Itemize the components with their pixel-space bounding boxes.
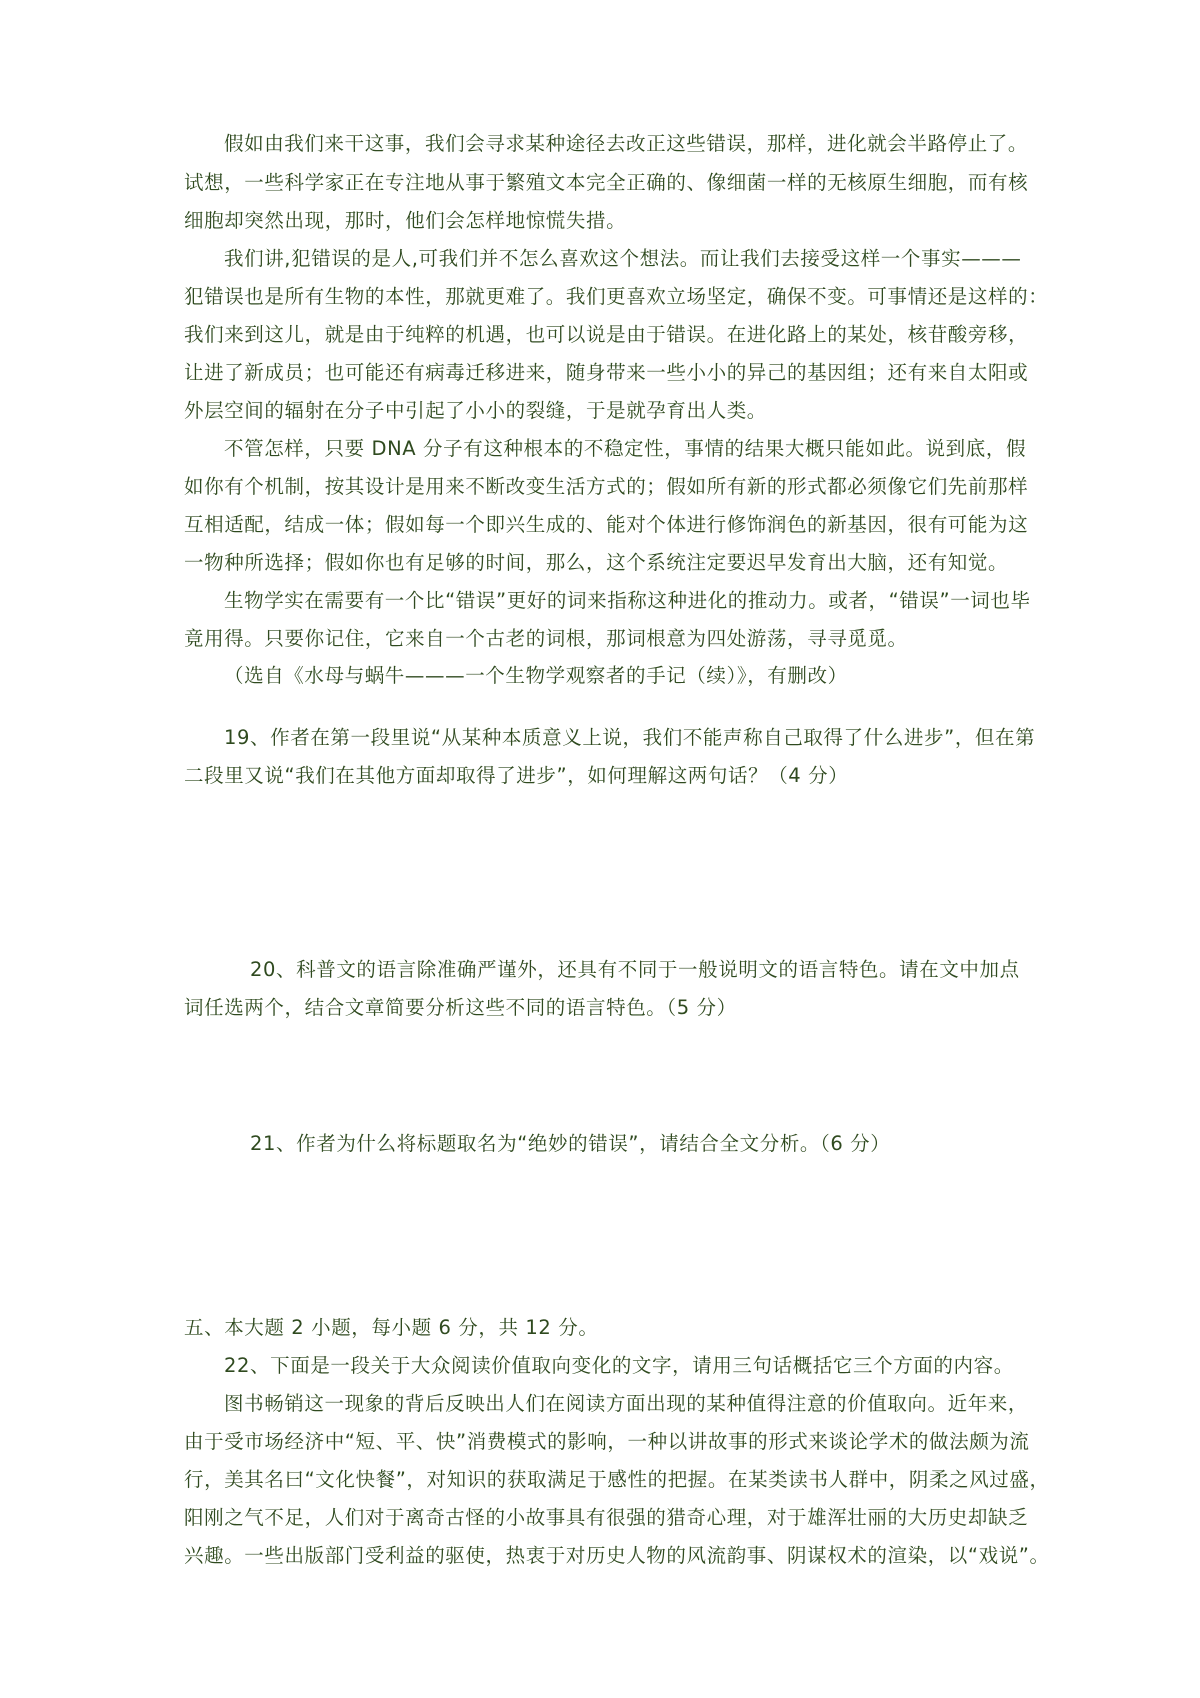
question-22: 22、下面是一段关于大众阅读价值取向变化的文字，请用三句话概括它三个方面的内容。	[184, 1350, 1014, 1382]
material-line: 行，美其名曰“文化快餐”，对知识的获取满足于感性的把握。在某类读书人群中，阴柔之…	[184, 1464, 1050, 1496]
question-text: 词任选两个，结合文章简要分析这些不同的语言特色。（5 分）	[184, 992, 737, 1024]
text-line: 不管怎样，只要 DNA 分子有这种根本的不稳定性，事情的结果大概只能如此。说到底…	[184, 433, 1026, 465]
text-line: 互相适配，结成一体；假如每一个即兴生成的、能对个体进行修饰润色的新基因，很有可能…	[184, 509, 1028, 541]
material-line: 阳刚之气不足，人们对于离奇古怪的小故事具有很强的猎奇心理，对于雄浑壮丽的大历史却…	[184, 1502, 1028, 1534]
question-text: 19、作者在第一段里说“从某种本质意义上说，我们不能声称自己取得了什么进步”，但…	[184, 722, 1035, 754]
text-line: 我们讲,犯错误的是人,可我们并不怎么喜欢这个想法。而让我们去接受这样一个事实——…	[184, 243, 1022, 275]
text-line: 如你有个机制，按其设计是用来不断改变生活方式的；假如所有新的形式都必须像它们先前…	[184, 471, 1028, 503]
text-line: 假如由我们来干这事，我们会寻求某种途径去改正这些错误，那样，进化就会半路停止了。	[184, 128, 1028, 160]
text-line: 外层空间的辐射在分子中引起了小小的裂缝，于是就孕育出人类。	[184, 395, 767, 427]
material-line: 由于受市场经济中“短、平、快”消费模式的影响，一种以讲故事的形式来谈论学术的做法…	[184, 1426, 1030, 1458]
question-text: 21、作者为什么将标题取名为“绝妙的错误”，请结合全文分析。（6 分）	[184, 1128, 890, 1160]
text-line: 犯错误也是所有生物的本性，那就更难了。我们更喜欢立场坚定，确保不变。可事情还是这…	[184, 281, 1048, 313]
text-line: 细胞却突然出现，那时，他们会怎样地惊慌失措。	[184, 205, 626, 237]
text-line: 让进了新成员；也可能还有病毒迁移进来，随身带来一些小小的异己的基因组；还有来自太…	[184, 357, 1028, 389]
material-line: 图书畅销这一现象的背后反映出人们在阅读方面出现的某种值得注意的价值取向。近年来，	[184, 1388, 1028, 1420]
text-line: 试想，一些科学家正在专注地从事于繁殖文本完全正确的、像细菌一样的无核原生细胞，而…	[184, 167, 1028, 199]
text-line: 生物学实在需要有一个比“错误”更好的词来指称这种进化的推动力。或者，“错误”一词…	[184, 585, 1031, 617]
text-line: 我们来到这儿，就是由于纯粹的机遇，也可以说是由于错误。在进化路上的某处，核苷酸旁…	[184, 319, 1028, 351]
question-text: 二段里又说“我们在其他方面却取得了进步”，如何理解这两句话？（4 分）	[184, 760, 848, 792]
material-line: 兴趣。一些出版部门受利益的驱使，热衷于对历史人物的风流韵事、阴谋权术的渲染，以“…	[184, 1540, 1050, 1572]
text-line: 一物种所选择；假如你也有足够的时间，那么，这个系统注定要迟早发育出大脑，还有知觉…	[184, 547, 1008, 579]
section-heading: 五、本大题 2 小题，每小题 6 分，共 12 分。	[184, 1312, 598, 1344]
text-line: 竟用得。只要你记住，它来自一个古老的词根，那词根意为四处游荡，寻寻觅觅。	[184, 623, 908, 655]
question-text: 20、科普文的语言除准确严谨外，还具有不同于一般说明文的语言特色。请在文中加点	[184, 954, 1020, 986]
passage-source: （选自《水母与蜗牛———一个生物学观察者的手记（续）》，有删改）	[184, 660, 848, 692]
